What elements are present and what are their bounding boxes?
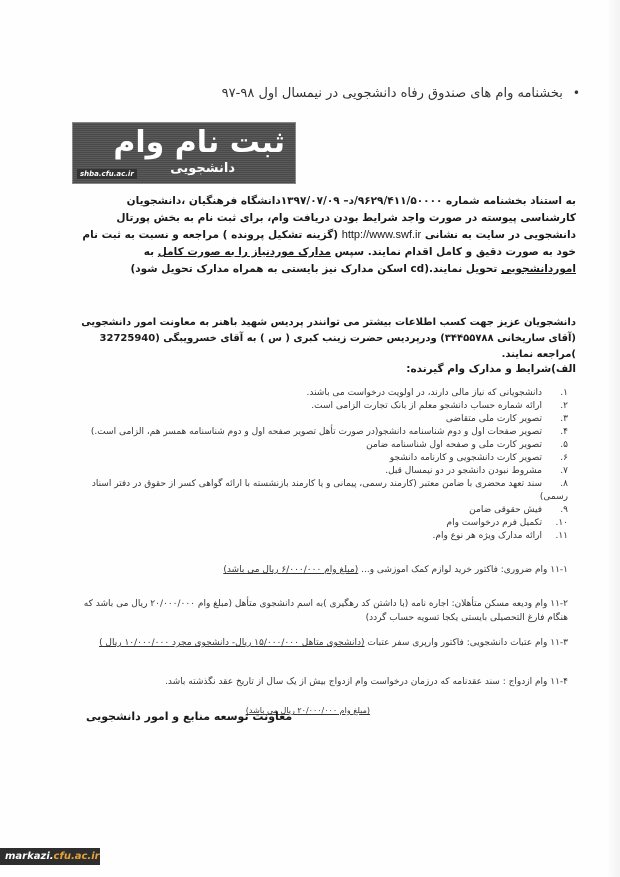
list-item: ۱۰.تکمیل فرم درخواست وام (70, 517, 568, 530)
banner-title: ثبت نام وام (113, 125, 285, 160)
section-heading: الف)شرایط و مدارک وام گیرنده: (406, 363, 576, 375)
list-item: ۱.دانشجویانی که نیاز مالی دارند، در اولو… (70, 387, 568, 400)
list-item: ۶.تصویر کارت دانشجویی و کارنامه دانشجو (70, 452, 568, 465)
intro-text-4: تحویل نمایند.(cd اسکن مدارک نیز بایستی ب… (131, 263, 498, 275)
list-item: ۴.تصویر صفحات اول و دوم شناسنامه دانشجو(… (70, 426, 568, 439)
loan-marriage: ۱۱-۴ وام ازدواج : سند عقدنامه که درزمان … (70, 675, 568, 689)
loan-housing-deposit: ۱۱-۲ وام ودیعه مسکن متأهلان: اجاره نامه … (70, 597, 568, 625)
footer-site-badge[interactable]: markazi.cfu.ac.ir (0, 848, 100, 865)
intro-text-3: به (144, 246, 154, 258)
intro-underlined-2: اموردانشجویی (501, 263, 576, 275)
loan-amount: (مبلغ وام ۶/۰۰۰/۰۰۰ ریال می باشد) (223, 565, 358, 575)
list-item: ۳.تصویر کارت ملی متقاضی (70, 413, 568, 426)
document-header: •بخشنامه وام های صندوق رفاه دانشجویی در … (160, 86, 580, 101)
list-item: ۱۱.ارائه مدارک ویژه هر نوع وام. (70, 530, 568, 543)
contact-paragraph: دانشجویان عزیز جهت کسب اطلاعات بیشتر می … (70, 315, 576, 363)
list-item: ۸.سند تعهد محضری با ضامن معتبر (کارمند ر… (70, 478, 568, 504)
requirements-list: ۱.دانشجویانی که نیاز مالی دارند، در اولو… (70, 387, 568, 543)
registration-banner: ثبت نام وام دانشجویی shba.cfu.ac.ir (72, 122, 296, 184)
loan-amount: (دانشجوی متاهل ۱۵/۰۰۰/۰۰۰ ریال- دانشجوی … (99, 638, 364, 648)
loan-essential: ۱۱-۱ وام ضروری: فاکتور خرید لوازم کمک ام… (70, 563, 568, 577)
list-item: ۷.مشروط نبودن دانشجو در دو نیمسال قبل. (70, 465, 568, 478)
intro-underlined-1: مدارک موردنیاز را به صورت کامل (158, 246, 331, 258)
swf-link[interactable]: http://www.swf.ir (342, 229, 421, 241)
list-item: ۲.ارائه شماره حساب دانشجو معلم از بانک ت… (70, 400, 568, 413)
header-text: بخشنامه وام های صندوق رفاه دانشجویی در ن… (222, 86, 563, 101)
bullet-icon: • (573, 86, 580, 100)
list-item: ۵.تصویر کارت ملی و صفحه اول شناسنامه ضام… (70, 439, 568, 452)
intro-paragraph: به استناد بخشنامه شماره ۹۶۲۹/۴۱۱/۵۰۰۰۰/د… (70, 193, 576, 278)
scan-edge (606, 0, 620, 877)
list-item: ۹.فیش حقوقی ضامن (70, 504, 568, 517)
signature: معاونت توسعه منابع و امور دانشجویی (86, 710, 292, 723)
document-page: •بخشنامه وام های صندوق رفاه دانشجویی در … (0, 0, 620, 877)
loan-pilgrimage: ۱۱-۳ وام عتبات دانشجویی: فاکتور وارپری س… (70, 636, 568, 650)
banner-url: shba.cfu.ac.ir (77, 169, 137, 179)
banner-subtitle: دانشجویی (170, 161, 235, 176)
